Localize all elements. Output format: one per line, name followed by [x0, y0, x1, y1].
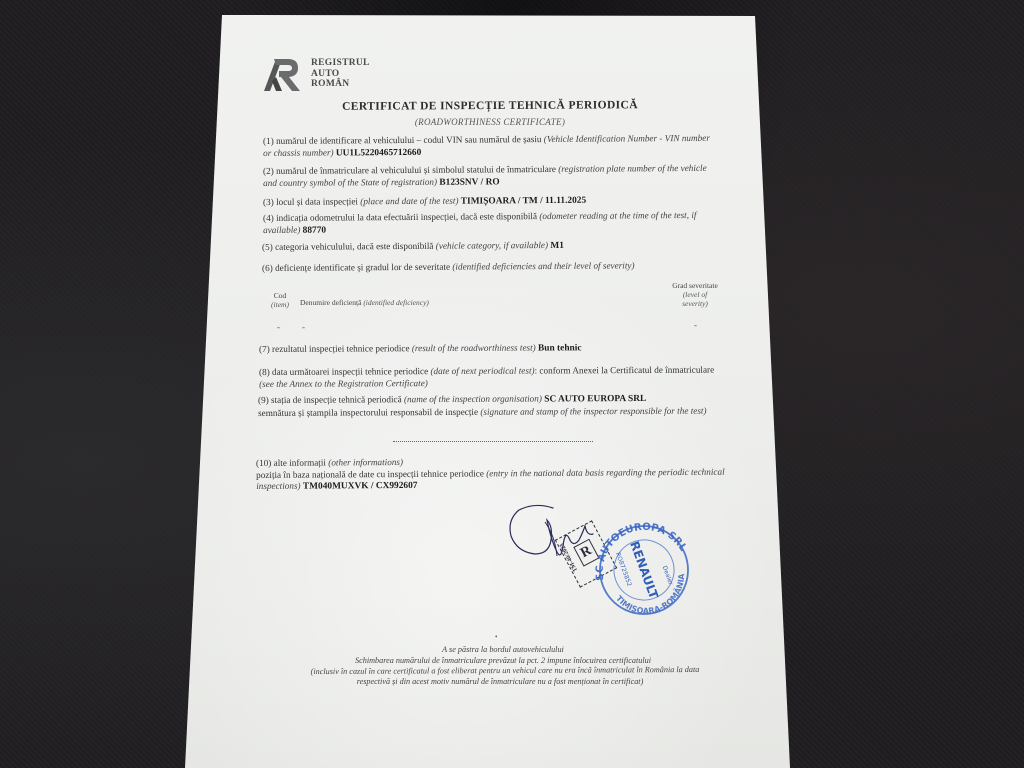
- org-name: REGISTRUL AUTO ROMÂN: [311, 58, 370, 90]
- table-header-severity: Grad severitate (level of severity): [672, 281, 718, 308]
- org-line: REGISTRUL: [311, 58, 370, 69]
- document-subtitle: (ROADWORTHINESS CERTIFICATE): [300, 117, 680, 127]
- inspection-org-value: SC AUTO EUROPA SRL: [544, 394, 646, 405]
- org-line: AUTO: [311, 69, 370, 80]
- footer-line: respectivă și din acest motiv numărul de…: [240, 677, 760, 687]
- table-header-deficiency: Denumire deficiență (identified deficien…: [300, 298, 429, 307]
- field-result: (7) rezultatul inspecției tehnice period…: [259, 342, 719, 357]
- stamp-dealer-text: Dealer: [661, 565, 675, 587]
- document-title: CERTIFICAT DE INSPECȚIE TEHNICĂ PERIODIC…: [300, 99, 680, 113]
- national-db-entry-value: TM040MUXVK / CX992607: [303, 481, 418, 492]
- odometer-value: 88770: [303, 225, 327, 235]
- table-cell-deficiency: -: [302, 322, 305, 332]
- registration-value: B123SNV / RO: [439, 177, 499, 187]
- table-cell-severity: -: [694, 320, 697, 330]
- place-date-value: TIMIȘOARA / TM / 11.11.2025: [461, 196, 586, 207]
- field-vin: (1) numărul de identificare al vehiculul…: [263, 133, 718, 160]
- field-registration: (2) numărul de înmatriculare al vehiculu…: [263, 163, 718, 190]
- company-round-stamp: SC AUTOEUROPA SRL TIMIȘOARA-ROMÂNIA RENA…: [588, 522, 700, 618]
- stamp-center-text: RENAULT: [627, 539, 661, 601]
- category-value: M1: [550, 241, 564, 251]
- signature-line: [393, 441, 593, 442]
- footer-line: A se păstra la bordul autovehiculului: [258, 645, 748, 655]
- footer-bullet: •: [495, 633, 497, 641]
- field-odometer: (4) indicația odometrului la data efectu…: [263, 210, 718, 237]
- field-other-info: (10) alte informații (other informations…: [256, 455, 736, 494]
- table-cell-code: -: [277, 322, 280, 332]
- table-header-code: Cod (item): [266, 291, 294, 309]
- result-value: Bun tehnic: [538, 343, 582, 353]
- org-line: ROMÂN: [311, 79, 370, 90]
- field-next-test: (8) data următoarei inspecții tehnice pe…: [259, 365, 729, 390]
- vin-value: UU1L5220465712660: [336, 147, 421, 158]
- registrul-auto-roman-logo-icon: [262, 55, 302, 93]
- field-inspection-org: (9) stația de inspecție tehnică periodic…: [258, 393, 733, 419]
